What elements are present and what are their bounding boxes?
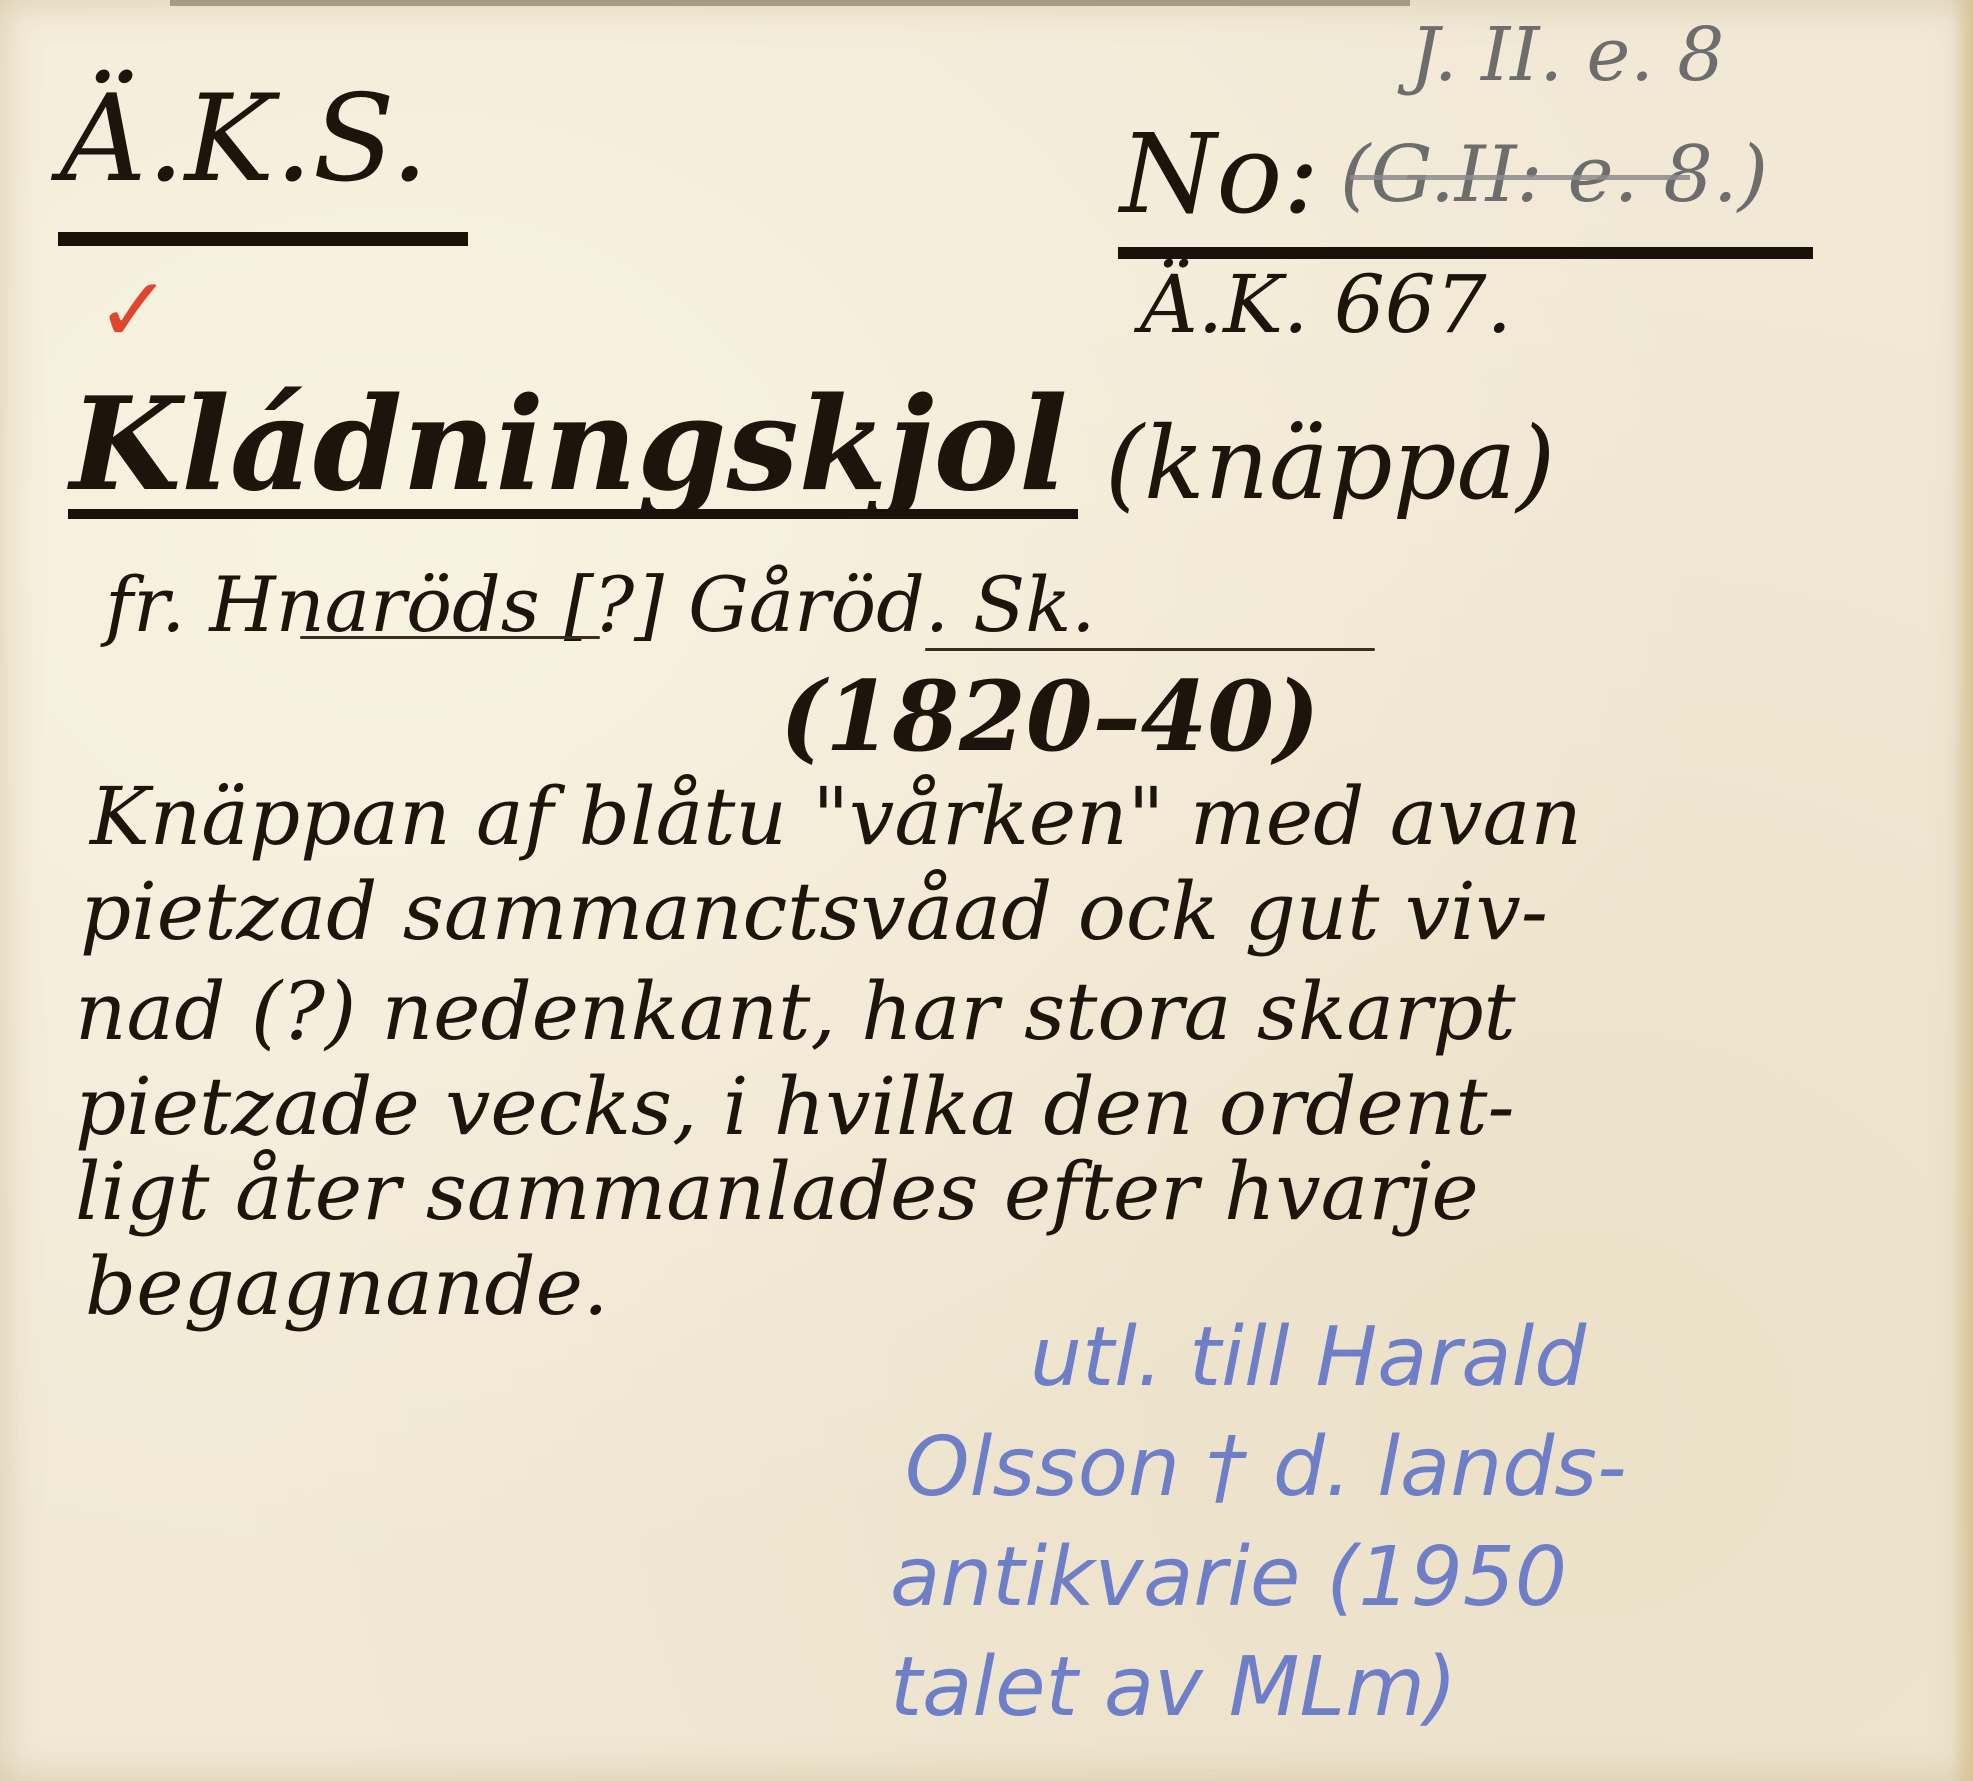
provenance-line: fr. Hnaröds [?] Gåröd. Sk. <box>105 560 1095 649</box>
pencil-shelfmark: J. II. e. 8 <box>1410 12 1724 98</box>
loan-note-line-1: utl. till Harald <box>1030 1310 1586 1405</box>
item-title: Kládningskjol <box>70 370 1068 520</box>
loan-note-line-2: Olsson † d. lands- <box>905 1420 1627 1515</box>
number-label: No: <box>1120 110 1320 238</box>
description-line-4: pietzade vecks, i hvilka den ordent- <box>75 1060 1515 1153</box>
top-edge-strip <box>170 0 1410 6</box>
provenance-underline-1 <box>300 636 600 639</box>
paper-right-edge <box>1951 0 1973 1781</box>
collection-mark-underline <box>58 232 468 246</box>
title-underline <box>68 509 1078 519</box>
description-line-3: nad (?) nedenkant, har stora skarpt <box>75 965 1516 1058</box>
description-line-5: ligt åter sammanlades efter hvarje <box>75 1145 1479 1238</box>
item-title-parenthetical: (knäppa) <box>1105 405 1555 522</box>
description-line-6: begagnande. <box>85 1240 608 1333</box>
catalog-card: Ä.K.S. ✓ J. II. e. 8 No: (G.II: e. 8.) Ä… <box>0 0 1973 1781</box>
loan-note-line-4: talet av MLm) <box>890 1640 1457 1735</box>
date-range: (1820–40) <box>780 660 1320 773</box>
description-line-2: pietzad sammanctsvåad ock gut viv- <box>80 865 1548 958</box>
description-line-1: Knäppan af blåtu "vårken" med avan <box>90 770 1582 863</box>
shelfmark-strikethrough <box>1350 175 1690 180</box>
red-check-icon: ✓ <box>96 258 171 363</box>
catalog-number: Ä.K. 667. <box>1140 258 1512 351</box>
collection-mark: Ä.K.S. <box>60 70 429 209</box>
loan-note-line-3: antikvarie (1950 <box>890 1530 1567 1625</box>
provenance-underline-2 <box>925 648 1375 651</box>
